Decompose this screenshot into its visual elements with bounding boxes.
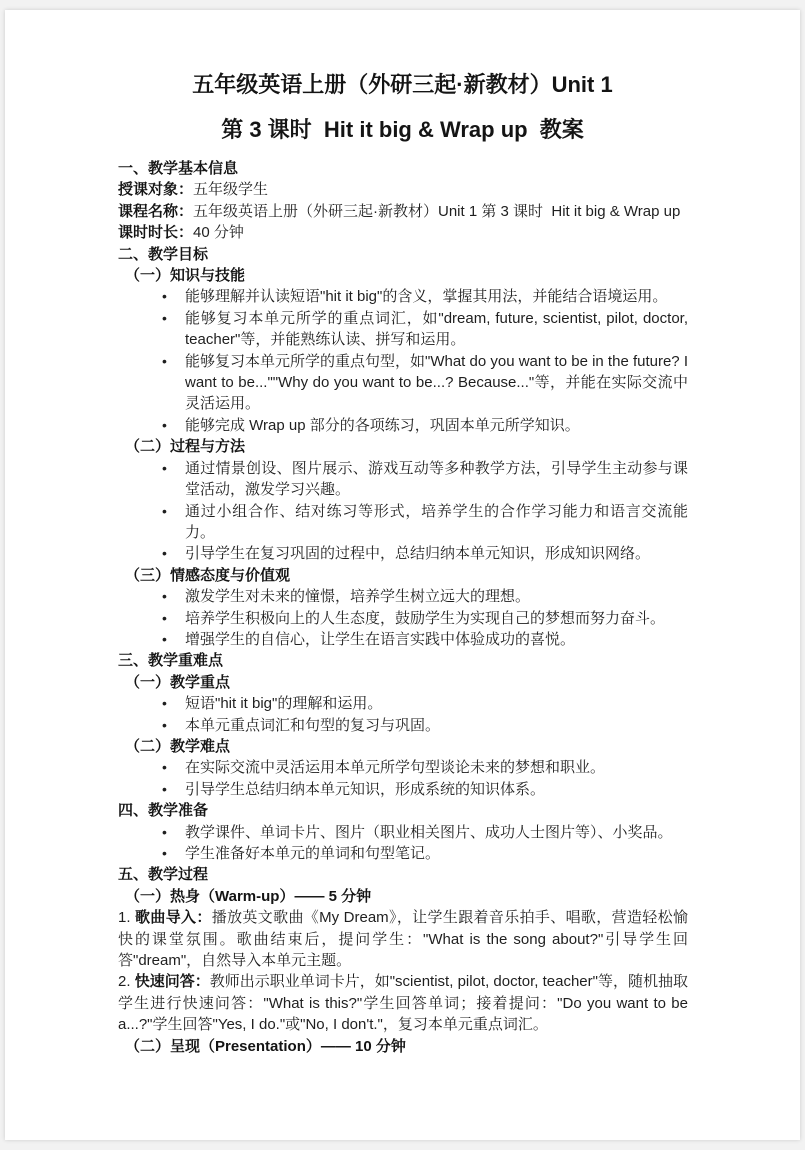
document-viewer: { "doc": { "title1": "五年级英语上册（外研三起·新教材）U… (0, 0, 805, 1150)
bullet-icon: • (162, 286, 167, 307)
bullet-icon: • (162, 501, 167, 522)
document-body: 一、教学基本信息 授课对象：五年级学生 课程名称：五年级英语上册（外研三起·新教… (118, 158, 688, 1057)
list-item-text: 能够复习本单元所学的重点词汇，如"dream, future, scientis… (185, 310, 688, 348)
list-item: •能够理解并认读短语"hit it big"的含义，掌握其用法，并能结合语境运用… (118, 286, 688, 307)
list-item: •培养学生积极向上的人生态度，鼓励学生为实现自己的梦想而努力奋斗。 (118, 608, 688, 629)
bullet-icon: • (162, 608, 167, 629)
subheading-process-method: （二）过程与方法 (118, 436, 688, 457)
step-label: 歌曲导入： (135, 909, 212, 926)
list-item-text: 本单元重点词汇和句型的复习与巩固。 (185, 717, 440, 734)
list-item-text: 引导学生在复习巩固的过程中，总结归纳本单元知识，形成知识网络。 (185, 545, 650, 562)
list-item-text: 能够理解并认读短语"hit it big"的含义，掌握其用法，并能结合语境运用。 (185, 288, 667, 305)
section-heading-preparation: 四、教学准备 (118, 800, 688, 821)
list-item: •能够完成 Wrap up 部分的各项练习，巩固本单元所学知识。 (118, 415, 688, 436)
step-number: 1. (118, 909, 135, 926)
info-row-audience: 授课对象：五年级学生 (118, 179, 688, 200)
list-item: •增强学生的自信心，让学生在语言实践中体验成功的喜悦。 (118, 629, 688, 650)
bullet-icon: • (162, 822, 167, 843)
list-item: •学生准备好本单元的单词和句型笔记。 (118, 843, 688, 864)
list-item: •通过小组合作、结对练习等形式，培养学生的合作学习能力和语言交流能力。 (118, 501, 688, 544)
list-item: •激发学生对未来的憧憬，培养学生树立远大的理想。 (118, 586, 688, 607)
doc-title-line2: 第 3 课时 Hit it big & Wrap up 教案 (5, 115, 800, 145)
document-page: 五年级英语上册（外研三起·新教材）Unit 1 第 3 课时 Hit it bi… (5, 10, 800, 1140)
section-heading-process: 五、教学过程 (118, 864, 688, 885)
section-heading-keypoints: 三、教学重难点 (118, 650, 688, 671)
list-item: •本单元重点词汇和句型的复习与巩固。 (118, 715, 688, 736)
bullet-icon: • (162, 415, 167, 436)
bullet-icon: • (162, 629, 167, 650)
info-label: 课时时长： (118, 224, 193, 241)
list-item: •能够复习本单元所学的重点句型，如"What do you want to be… (118, 351, 688, 415)
list-item-text: 教学课件、单词卡片、图片（职业相关图片、成功人士图片等）、小奖品。 (185, 824, 673, 841)
list-item: •能够复习本单元所学的重点词汇，如"dream, future, scienti… (118, 308, 688, 351)
step-quick-qa: 2. 快速问答：教师出示职业单词卡片，如"scientist, pilot, d… (118, 971, 688, 1035)
bullet-icon: • (162, 458, 167, 479)
info-value: 40 分钟 (193, 224, 244, 241)
list-item-text: 增强学生的自信心，让学生在语言实践中体验成功的喜悦。 (185, 631, 575, 648)
bullet-icon: • (162, 308, 167, 329)
subheading-teaching-focus: （一）教学重点 (118, 672, 688, 693)
info-row-course-name: 课程名称：五年级英语上册（外研三起·新教材）Unit 1 第 3 课时 Hit … (118, 201, 688, 222)
info-label: 课程名称： (118, 203, 193, 220)
info-value: 五年级学生 (193, 181, 268, 198)
subheading-knowledge-skills: （一）知识与技能 (118, 265, 688, 286)
subheading-warmup: （一）热身（Warm-up）—— 5 分钟 (118, 886, 688, 907)
list-item-text: 通过情景创设、图片展示、游戏互动等多种教学方法，引导学生主动参与课堂活动，激发学… (185, 460, 688, 498)
step-label: 快速问答： (135, 973, 210, 990)
list-item: •在实际交流中灵活运用本单元所学句型谈论未来的梦想和职业。 (118, 757, 688, 778)
list-item-text: 短语"hit it big"的理解和运用。 (185, 695, 382, 712)
list-item: •引导学生总结归纳本单元知识，形成系统的知识体系。 (118, 779, 688, 800)
list-item: •短语"hit it big"的理解和运用。 (118, 693, 688, 714)
bullet-icon: • (162, 586, 167, 607)
info-row-duration: 课时时长：40 分钟 (118, 222, 688, 243)
list-item: •教学课件、单词卡片、图片（职业相关图片、成功人士图片等）、小奖品。 (118, 822, 688, 843)
info-label: 授课对象： (118, 181, 193, 198)
list-item: •通过情景创设、图片展示、游戏互动等多种教学方法，引导学生主动参与课堂活动，激发… (118, 458, 688, 501)
list-item-text: 能够完成 Wrap up 部分的各项练习，巩固本单元所学知识。 (185, 417, 580, 434)
list-item-text: 激发学生对未来的憧憬，培养学生树立远大的理想。 (185, 588, 530, 605)
subheading-presentation: （二）呈现（Presentation）—— 10 分钟 (118, 1036, 688, 1057)
doc-title-line1: 五年级英语上册（外研三起·新教材）Unit 1 (5, 70, 800, 100)
list-item-text: 引导学生总结归纳本单元知识，形成系统的知识体系。 (185, 781, 545, 798)
list-item-text: 在实际交流中灵活运用本单元所学句型谈论未来的梦想和职业。 (185, 759, 605, 776)
document-titles: 五年级英语上册（外研三起·新教材）Unit 1 第 3 课时 Hit it bi… (5, 10, 800, 145)
bullet-icon: • (162, 843, 167, 864)
bullet-icon: • (162, 351, 167, 372)
section-heading-basic-info: 一、教学基本信息 (118, 158, 688, 179)
list-item-text: 能够复习本单元所学的重点句型，如"What do you want to be … (185, 353, 688, 413)
subheading-teaching-difficulty: （二）教学难点 (118, 736, 688, 757)
section-heading-objectives: 二、教学目标 (118, 244, 688, 265)
list-item-text: 培养学生积极向上的人生态度，鼓励学生为实现自己的梦想而努力奋斗。 (185, 610, 665, 627)
bullet-icon: • (162, 693, 167, 714)
list-item-text: 通过小组合作、结对练习等形式，培养学生的合作学习能力和语言交流能力。 (185, 503, 688, 541)
step-song-leadin: 1. 歌曲导入：播放英文歌曲《My Dream》，让学生跟着音乐拍手、唱歌，营造… (118, 907, 688, 971)
subheading-emotion-values: （三）情感态度与价值观 (118, 565, 688, 586)
list-item: •引导学生在复习巩固的过程中，总结归纳本单元知识，形成知识网络。 (118, 543, 688, 564)
bullet-icon: • (162, 779, 167, 800)
bullet-icon: • (162, 543, 167, 564)
list-item-text: 学生准备好本单元的单词和句型笔记。 (185, 845, 440, 862)
bullet-icon: • (162, 715, 167, 736)
info-value: 五年级英语上册（外研三起·新教材）Unit 1 第 3 课时 Hit it bi… (193, 203, 680, 220)
step-number: 2. (118, 973, 135, 990)
bullet-icon: • (162, 757, 167, 778)
